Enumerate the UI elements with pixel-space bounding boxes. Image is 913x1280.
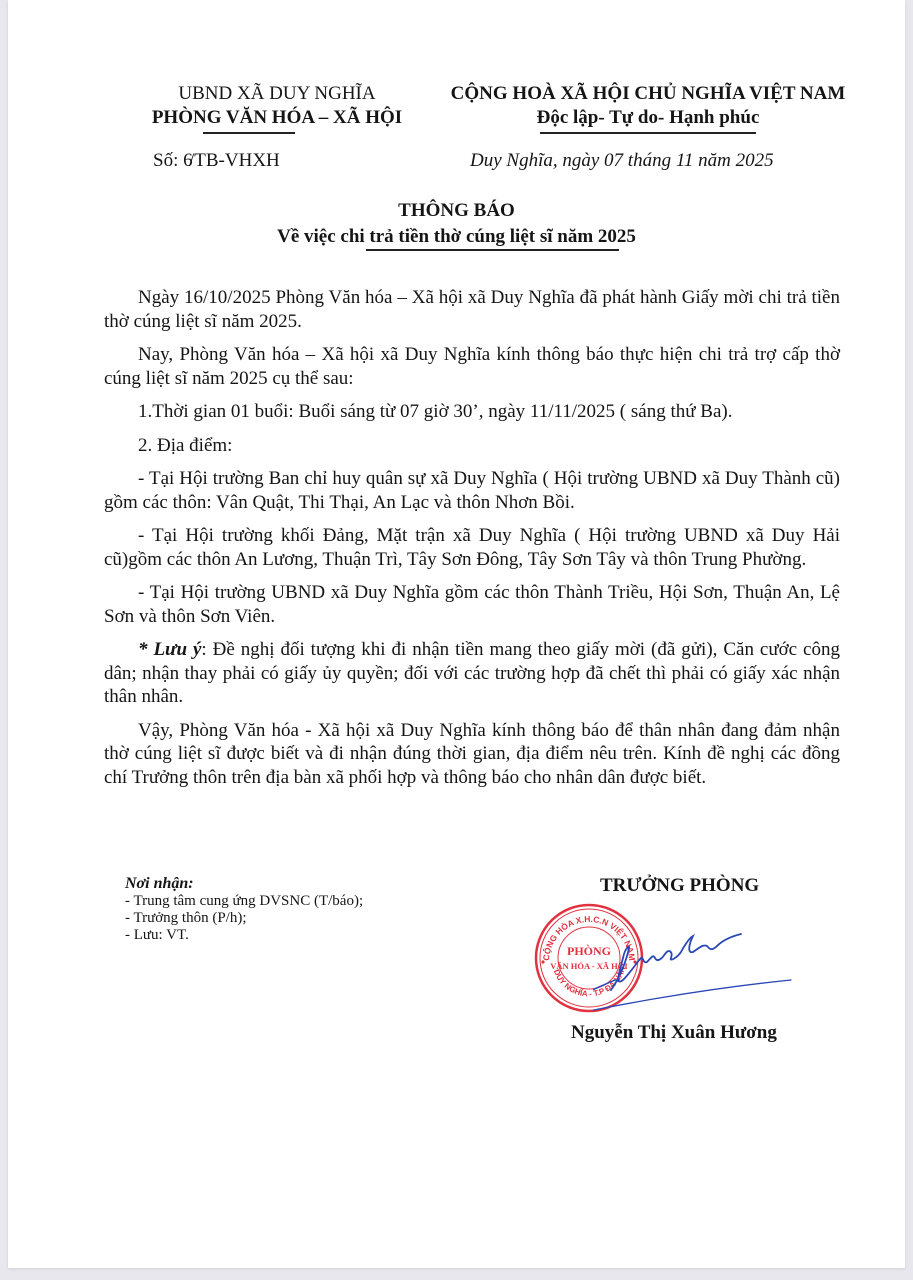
motto-underline bbox=[540, 132, 756, 134]
place-date: Duy Nghĩa, ngày 07 tháng 11 năm 2025 bbox=[470, 150, 774, 172]
national-motto: Độc lập- Tự do- Hạnh phúc bbox=[428, 106, 868, 130]
agency-name: PHÒNG VĂN HÓA – XÃ HỘI bbox=[132, 106, 422, 130]
recipients-block: Nơi nhận: - Trung tâm cung ứng DVSNC (T/… bbox=[125, 875, 363, 944]
paragraph-time: 1.Thời gian 01 buổi: Buổi sáng từ 07 giờ… bbox=[104, 400, 840, 424]
subtitle-underline bbox=[366, 249, 619, 251]
paragraph-location-1: - Tại Hội trường Ban chỉ huy quân sự xã … bbox=[104, 467, 840, 514]
paragraph-location-heading: 2. Địa điểm: bbox=[104, 434, 840, 458]
paragraph-announcement: Nay, Phòng Văn hóa – Xã hội xã Duy Nghĩa… bbox=[104, 343, 840, 390]
paragraph-closing: Vậy, Phòng Văn hóa - Xã hội xã Duy Nghĩa… bbox=[104, 719, 840, 790]
document-number-label: Số: 6 bbox=[153, 150, 189, 172]
recipient-item: - Lưu: VT. bbox=[125, 927, 363, 944]
document-title: THÔNG BÁO bbox=[8, 200, 905, 222]
recipient-item: - Trung tâm cung ứng DVSNC (T/báo); bbox=[125, 893, 363, 910]
document-number: Số: 6/TB-VHXH bbox=[153, 150, 280, 172]
document-page: UBND XÃ DUY NGHĨA PHÒNG VĂN HÓA – XÃ HỘI… bbox=[8, 0, 905, 1268]
signatory-name: Nguyễn Thị Xuân Hương bbox=[571, 1022, 777, 1044]
recipient-item: - Trưởng thôn (P/h); bbox=[125, 910, 363, 927]
issuing-agency-block: UBND XÃ DUY NGHĨA PHÒNG VĂN HÓA – XÃ HỘI bbox=[132, 82, 422, 130]
document-body: Ngày 16/10/2025 Phòng Văn hóa – Xã hội x… bbox=[104, 286, 840, 799]
paragraph-location-2: - Tại Hội trường khối Đảng, Mặt trận xã … bbox=[104, 524, 840, 571]
note-text: : Đề nghị đối tượng khi đi nhận tiền man… bbox=[104, 639, 840, 707]
agency-parent: UBND XÃ DUY NGHĨA bbox=[132, 82, 422, 106]
agency-underline bbox=[203, 132, 295, 134]
signatory-title: TRƯỞNG PHÒNG bbox=[600, 875, 759, 897]
handwritten-signature-icon bbox=[593, 918, 793, 1018]
national-title: CỘNG HOÀ XÃ HỘI CHỦ NGHĨA VIỆT NAM bbox=[428, 82, 868, 106]
document-number-suffix: /TB-VHXH bbox=[189, 150, 280, 171]
paragraph-location-3: - Tại Hội trường UBND xã Duy Nghĩa gồm c… bbox=[104, 581, 840, 628]
document-subtitle: Về việc chi trả tiền thờ cúng liệt sĩ nă… bbox=[8, 226, 905, 248]
note-label: Lưu ý bbox=[153, 639, 201, 660]
paragraph-note: * Lưu ý: Đề nghị đối tượng khi đi nhận t… bbox=[104, 638, 840, 709]
recipients-heading: Nơi nhận: bbox=[125, 875, 363, 892]
national-motto-block: CỘNG HOÀ XÃ HỘI CHỦ NGHĨA VIỆT NAM Độc l… bbox=[428, 82, 868, 130]
paragraph-intro: Ngày 16/10/2025 Phòng Văn hóa – Xã hội x… bbox=[104, 286, 840, 333]
note-prefix: * bbox=[138, 639, 153, 660]
